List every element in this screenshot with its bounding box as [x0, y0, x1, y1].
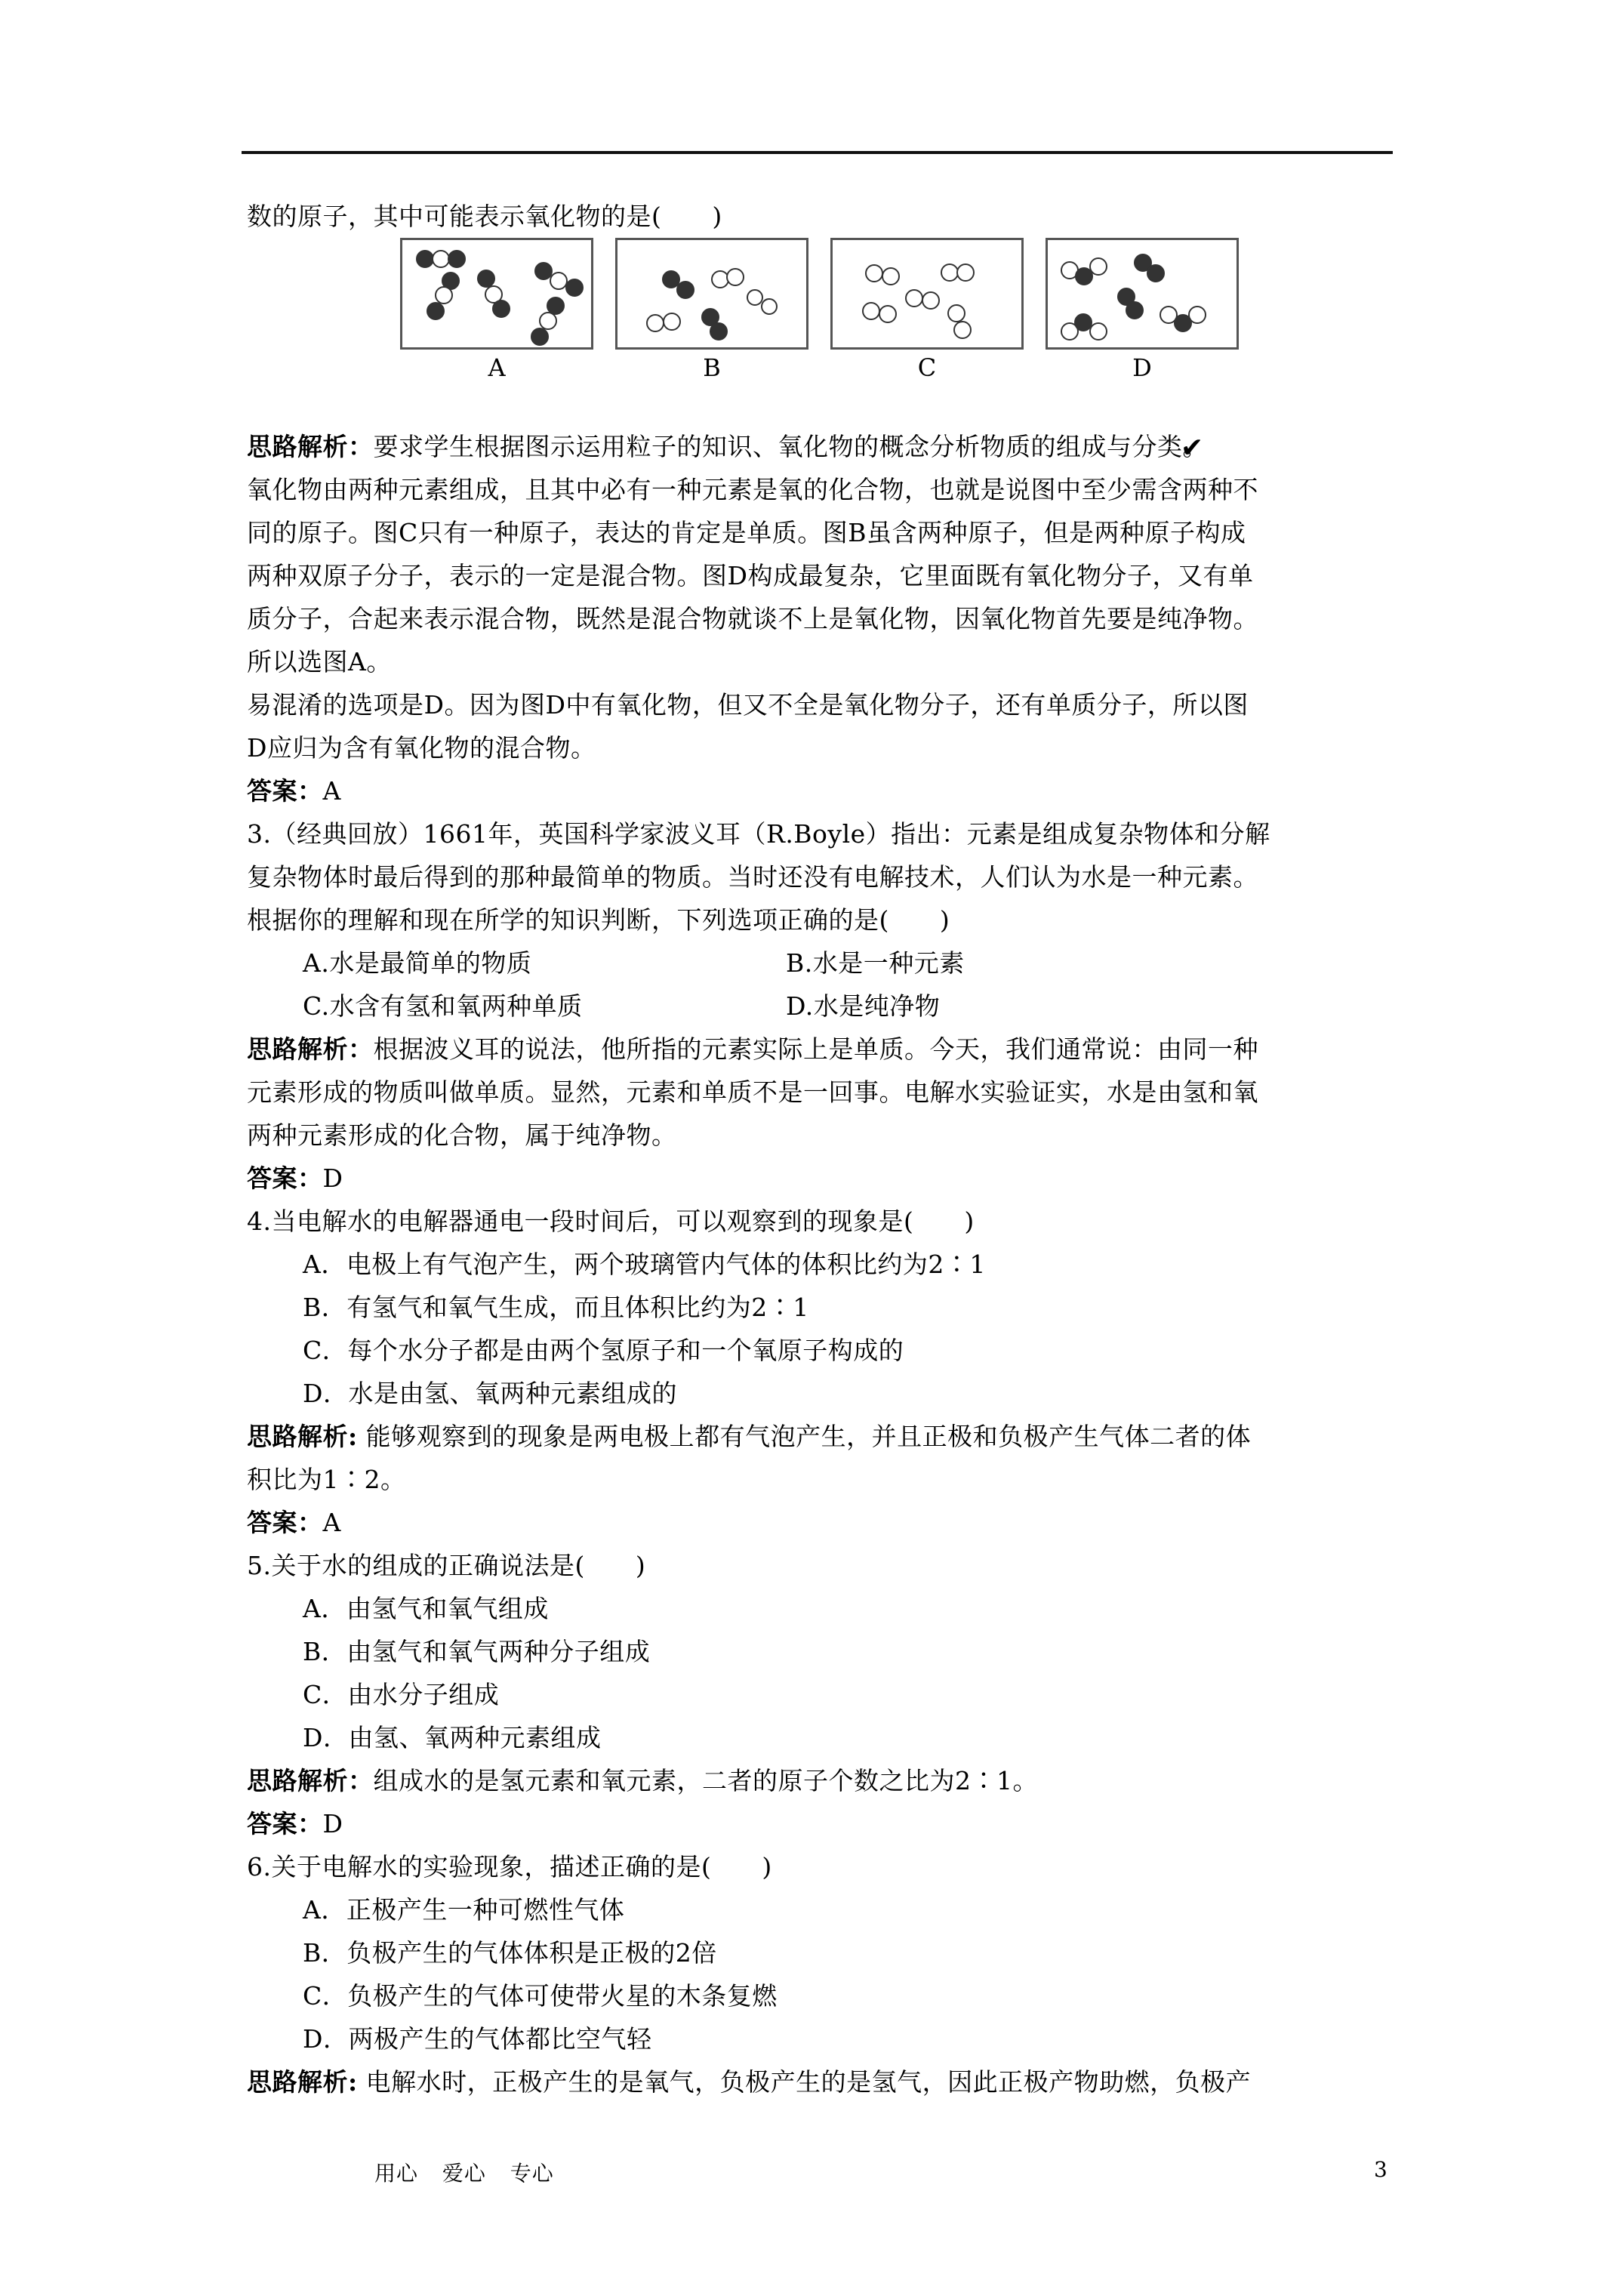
answer-value: A	[323, 1508, 341, 1537]
analysis-text: 组成水的是氢元素和氧元素，二者的原子个数之比为2∶1。	[374, 1766, 1039, 1795]
q5-answer: 答案：D	[247, 1802, 1394, 1845]
q4-option-a: A．电极上有气泡产生，两个玻璃管内气体的体积比约为2∶1	[247, 1243, 1394, 1286]
q6-stem: 6.关于电解水的实验现象，描述正确的是( )	[247, 1845, 1394, 1888]
analysis-text: 电解水时，正极产生的是氧气，负极产生的是氢气，因此正极产物助燃，负极产	[358, 2067, 1252, 2097]
analysis-text: 要求学生根据图示运用粒子的知识、氧化物的概念分析物质的组成与分类。	[374, 432, 1209, 461]
q6-option-c: C．负极产生的气体可使带火星的木条复燃	[247, 1974, 1394, 2017]
analysis-label: 思路解析：	[247, 1034, 374, 1064]
q4-analysis-line-1: 思路解析: 能够观察到的现象是两电极上都有气泡产生，并且正极和负极产生气体二者的…	[247, 1415, 1394, 1458]
q3-analysis-line-1: 思路解析：根据波义耳的说法，他所指的元素实际上是单质。今天，我们通常说：由同一种	[247, 1028, 1394, 1071]
q2-analysis-line-8: D应归为含有氧化物的混合物。	[247, 726, 1394, 769]
analysis-label: 思路解析:	[247, 1422, 358, 1451]
answer-value: D	[323, 1163, 343, 1193]
answer-label: 答案：	[247, 776, 323, 806]
q4-option-c: C．每个水分子都是由两个氢原子和一个氧原子构成的	[247, 1329, 1394, 1372]
panel-label-c: C	[830, 353, 1024, 383]
panel-b	[615, 238, 808, 350]
answer-value: A	[323, 776, 341, 806]
panel-label-a: A	[400, 353, 593, 383]
analysis-label: 思路解析:	[247, 2067, 358, 2097]
analysis-text: 能够观察到的现象是两电极上都有气泡产生，并且正极和负极产生气体二者的体	[358, 1422, 1252, 1451]
molecules-a-graphic	[402, 240, 591, 347]
q6-option-a: A．正极产生一种可燃性气体	[247, 1888, 1394, 1931]
page-number: 3	[1374, 2157, 1387, 2182]
q5-stem: 5.关于水的组成的正确说法是( )	[247, 1544, 1394, 1587]
q5-option-c: C．由水分子组成	[247, 1673, 1394, 1716]
q4-analysis-line-2: 积比为1∶2。	[247, 1458, 1394, 1501]
footer-motto: 用心 爱心 专心	[374, 2157, 554, 2187]
q3-analysis-line-2: 元素形成的物质叫做单质。显然，元素和单质不是一回事。电解水实验证实，水是由氢和氧	[247, 1071, 1394, 1114]
q2-analysis-line-5: 质分子，合起来表示混合物，既然是混合物就谈不上是氧化物，因氧化物首先要是纯净物。	[247, 597, 1394, 640]
molecule-figure: A B	[400, 238, 1276, 425]
q6-analysis-line-1: 思路解析: 电解水时，正极产生的是氧气，负极产生的是氢气，因此正极产物助燃，负极…	[247, 2060, 1394, 2103]
q6-option-b: B．负极产生的气体体积是正极的2倍	[247, 1931, 1394, 1974]
q3-analysis-line-3: 两种元素形成的化合物，属于纯净物。	[247, 1114, 1394, 1157]
q2-analysis-line-4: 两种双原子分子，表示的一定是混合物。图D构成最复杂，它里面既有氧化物分子，又有单	[247, 554, 1394, 597]
q3-stem-line-1: 3.（经典回放）1661年，英国科学家波义耳（R.Boyle）指出：元素是组成复…	[247, 812, 1394, 855]
q5-option-b: B．由氢气和氧气两种分子组成	[247, 1630, 1394, 1673]
document-body: 数的原子，其中可能表示氧化物的是( ) A	[247, 195, 1394, 2103]
answer-value: D	[323, 1809, 343, 1838]
panel-label-b: B	[615, 353, 808, 383]
molecules-c-graphic	[833, 240, 1021, 347]
q2-analysis-line-6: 所以选图A。	[247, 640, 1394, 683]
q3-option-d: D.水是纯净物	[786, 985, 940, 1028]
q5-option-a: A．由氢气和氧气组成	[247, 1587, 1394, 1630]
molecules-b-graphic	[617, 240, 806, 347]
q3-stem-line-2: 复杂物体时最后得到的那种最简单的物质。当时还没有电解技术，人们认为水是一种元素。	[247, 855, 1394, 898]
answer-label: 答案：	[247, 1809, 323, 1838]
q4-answer: 答案：A	[247, 1501, 1394, 1544]
checkmark-icon: ✔	[1181, 427, 1204, 470]
q4-option-d: D．水是由氢、氧两种元素组成的	[247, 1372, 1394, 1415]
panel-label-d: D	[1046, 353, 1239, 383]
q3-option-a: A.水是最简单的物质	[303, 942, 786, 985]
analysis-label: 思路解析：	[247, 1766, 374, 1795]
panel-c	[830, 238, 1024, 350]
q3-option-b: B.水是一种元素	[786, 942, 965, 985]
q2-answer: 答案：A	[247, 769, 1394, 812]
answer-label: 答案：	[247, 1508, 323, 1537]
panel-a	[400, 238, 593, 350]
answer-label: 答案：	[247, 1163, 323, 1193]
molecules-d-graphic	[1048, 240, 1236, 347]
q4-stem: 4.当电解水的电解器通电一段时间后，可以观察到的现象是( )	[247, 1200, 1394, 1243]
q6-option-d: D．两极产生的气体都比空气轻	[247, 2017, 1394, 2060]
q5-analysis-line-1: 思路解析：组成水的是氢元素和氧元素，二者的原子个数之比为2∶1。	[247, 1759, 1394, 1802]
q2-stem-tail: 数的原子，其中可能表示氧化物的是( )	[247, 195, 1394, 238]
analysis-text: 根据波义耳的说法，他所指的元素实际上是单质。今天，我们通常说：由同一种	[374, 1034, 1259, 1064]
q2-analysis-line-7: 易混淆的选项是D。因为图D中有氧化物，但又不全是氧化物分子，还有单质分子，所以图	[247, 683, 1394, 726]
analysis-label: 思路解析：	[247, 432, 374, 461]
header-rule	[242, 151, 1393, 154]
q3-stem-line-3: 根据你的理解和现在所学的知识判断，下列选项正确的是( )	[247, 898, 1394, 942]
q3-options-row-1: A.水是最简单的物质 B.水是一种元素	[247, 942, 1394, 985]
page-footer: 用心 爱心 专心 3	[0, 2157, 1623, 2195]
q4-option-b: B．有氢气和氧气生成，而且体积比约为2∶1	[247, 1286, 1394, 1329]
panel-d	[1046, 238, 1239, 350]
q2-analysis-line-1: 思路解析：要求学生根据图示运用粒子的知识、氧化物的概念分析物质的组成与分类。✔	[247, 425, 1394, 468]
q3-options-row-2: C.水含有氢和氧两种单质 D.水是纯净物	[247, 985, 1394, 1028]
q2-analysis-line-2: 氧化物由两种元素组成，且其中必有一种元素是氧的化合物，也就是说图中至少需含两种不	[247, 468, 1394, 511]
q3-answer: 答案：D	[247, 1157, 1394, 1200]
q5-option-d: D．由氢、氧两种元素组成	[247, 1716, 1394, 1759]
q2-analysis-line-3: 同的原子。图C只有一种原子，表达的肯定是单质。图B虽含两种原子，但是两种原子构成	[247, 511, 1394, 554]
q3-option-c: C.水含有氢和氧两种单质	[303, 985, 786, 1028]
